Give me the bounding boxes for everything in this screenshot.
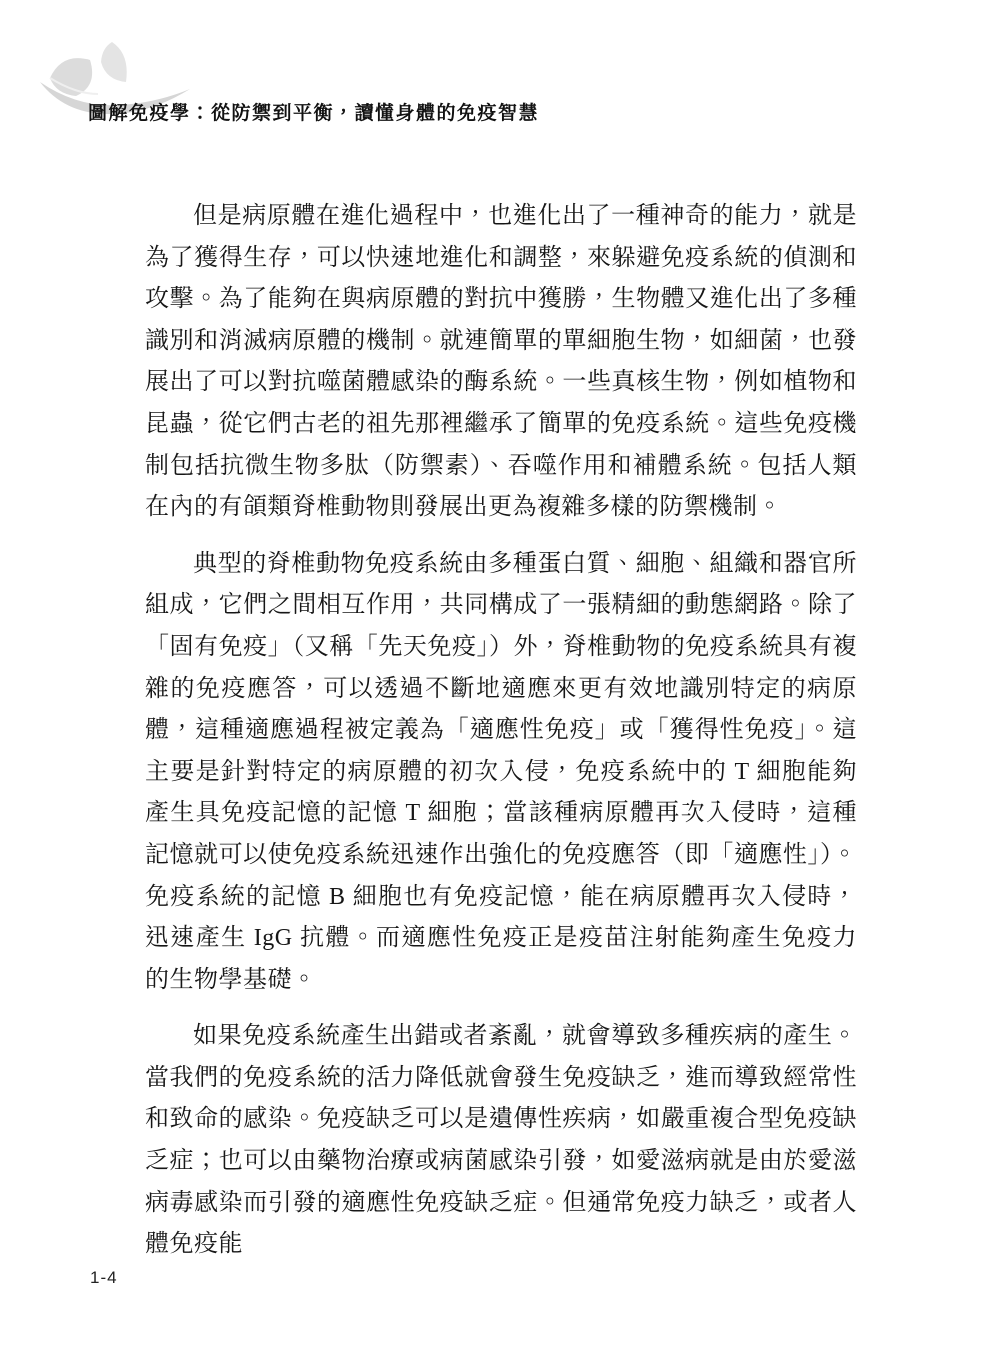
page-body: 但是病原體在進化過程中，也進化出了一種神奇的能力，就是為了獲得生存，可以快速地進…	[145, 196, 857, 1281]
book-page: 圖解免疫學：從防禦到平衡，讀懂身體的免疫智慧 但是病原體在進化過程中，也進化出了…	[0, 0, 1000, 1353]
page-number: 1-4	[90, 1268, 118, 1288]
paragraph-3: 如果免疫系統產生出錯或者紊亂，就會導致多種疾病的產生。當我們的免疫系統的活力降低…	[145, 1016, 857, 1266]
book-title: 圖解免疫學：從防禦到平衡，讀懂身體的免疫智慧	[88, 98, 539, 125]
paragraph-1: 但是病原體在進化過程中，也進化出了一種神奇的能力，就是為了獲得生存，可以快速地進…	[145, 196, 857, 529]
paragraph-2: 典型的脊椎動物免疫系統由多種蛋白質、細胞、組織和器官所組成，它們之間相互作用，共…	[145, 544, 857, 1002]
